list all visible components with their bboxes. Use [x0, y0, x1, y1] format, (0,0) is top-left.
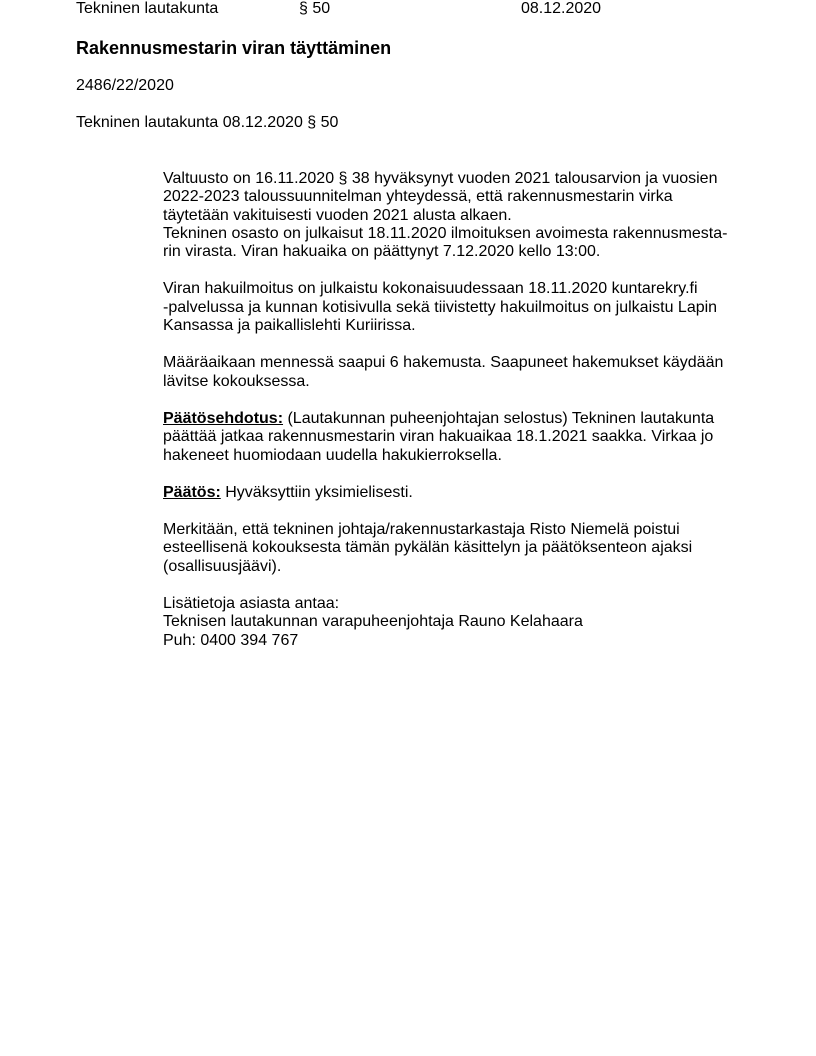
- header-date: 08.12.2020: [521, 0, 601, 18]
- text-line: Määräaikaan mennessä saapui 6 hakemusta.…: [163, 354, 743, 372]
- text-line: Valtuusto on 16.11.2020 § 38 hyväksynyt …: [163, 170, 743, 188]
- contact-person: Teknisen lautakunnan varapuheenjohtaja R…: [163, 613, 743, 631]
- proposal-label: Päätösehdotus:: [163, 410, 283, 427]
- paragraph-applications: Määräaikaan mennessä saapui 6 hakemusta.…: [163, 354, 743, 391]
- paragraph-proposal: Päätösehdotus: (Lautakunnan puheenjohtaj…: [163, 410, 743, 465]
- paragraph-announcement: Viran hakuilmoitus on julkaistu kokonais…: [163, 280, 743, 335]
- proposal-first-line: (Lautakunnan puheenjohtajan selostus) Te…: [283, 410, 714, 427]
- text-line: Merkitään, että tekninen johtaja/rakennu…: [163, 521, 743, 539]
- text-line: täytetään vakituisesti vuoden 2021 alust…: [163, 207, 743, 225]
- decision-text: Hyväksyttiin yksimielisesti.: [221, 484, 413, 501]
- meeting-reference: Tekninen lautakunta 08.12.2020 § 50: [76, 114, 338, 132]
- decision-label: Päätös:: [163, 484, 221, 501]
- text-line: esteellisenä kokouksesta tämän pykälän k…: [163, 539, 743, 557]
- contact-phone: Puh: 0400 394 767: [163, 632, 743, 650]
- paragraph-disqualification-note: Merkitään, että tekninen johtaja/rakennu…: [163, 521, 743, 576]
- text-line: hakeneet huomiodaan uudella hakukierroks…: [163, 447, 743, 465]
- document-body: Valtuusto on 16.11.2020 § 38 hyväksynyt …: [163, 170, 743, 669]
- paragraph-background: Valtuusto on 16.11.2020 § 38 hyväksynyt …: [163, 170, 743, 261]
- text-line: päättää jatkaa rakennusmestarin viran ha…: [163, 428, 743, 446]
- text-line: Lisätietoja asiasta antaa:: [163, 595, 743, 613]
- text-line: Viran hakuilmoitus on julkaistu kokonais…: [163, 280, 743, 298]
- text-line: -palvelussa ja kunnan kotisivulla sekä t…: [163, 299, 743, 317]
- text-line: lävitse kokouksessa.: [163, 373, 743, 391]
- text-line: Tekninen osasto on julkaisut 18.11.2020 …: [163, 225, 743, 243]
- paragraph-decision: Päätös: Hyväksyttiin yksimielisesti.: [163, 484, 743, 502]
- record-number: 2486/22/2020: [76, 77, 174, 95]
- header-section: § 50: [299, 0, 330, 18]
- text-line: Kansassa ja paikallislehti Kuriirissa.: [163, 317, 743, 335]
- text-line: 2022-2023 taloussuunnitelman yhteydessä,…: [163, 188, 743, 206]
- text-line: Päätös: Hyväksyttiin yksimielisesti.: [163, 484, 743, 502]
- header-committee: Tekninen lautakunta: [76, 0, 218, 18]
- paragraph-contact: Lisätietoja asiasta antaa: Teknisen laut…: [163, 595, 743, 650]
- text-line: (osallisuusjäävi).: [163, 558, 743, 576]
- text-line: Päätösehdotus: (Lautakunnan puheenjohtaj…: [163, 410, 743, 428]
- page-title: Rakennusmestarin viran täyttäminen: [76, 38, 391, 58]
- text-line: rin virasta. Viran hakuaika on päättynyt…: [163, 243, 743, 261]
